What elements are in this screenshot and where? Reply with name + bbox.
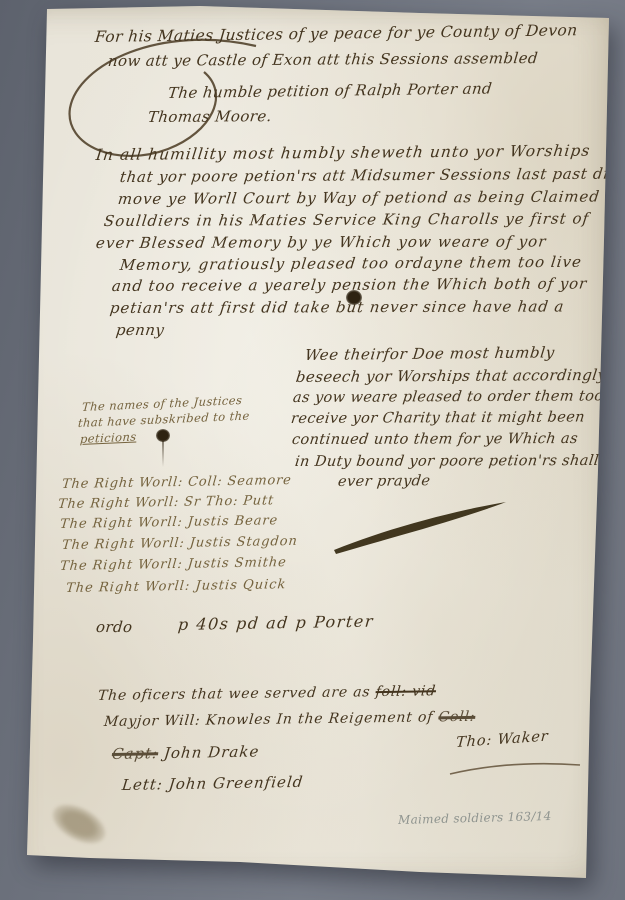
regiment-struck: Coll: (438, 709, 476, 726)
order-label: ordo (95, 618, 133, 636)
plea-line: receive yor Charity that it might been (290, 409, 586, 427)
ink-blot (156, 429, 170, 442)
justice-entry: The Right Worll: Justis Smithe (59, 555, 287, 574)
ink-flourish-slash-icon (328, 494, 513, 556)
plea-line: as yow weare pleased to order them too (292, 388, 604, 406)
officers-intro: The oficers that wee served are as foll:… (97, 683, 436, 704)
plea-line: Wee theirfor Doe most humbly (304, 343, 556, 364)
petition-title-line: The humble petition of Ralph Porter and (167, 79, 493, 102)
plea-line: continued unto them for ye Which as (291, 431, 579, 448)
ink-smudge (46, 796, 112, 851)
body-line: Memory, gratiously pleased too ordayne t… (119, 253, 583, 274)
regiment-line: Mayjor Will: Knowles In the Reigement of… (103, 709, 476, 730)
order-line: p 40s pd ad p Porter (177, 612, 375, 634)
margin-note-line: peticions (80, 430, 137, 446)
body-line: In all humillity most humbly sheweth unt… (95, 142, 591, 164)
petition-title-line: Thomas Moore. (147, 107, 273, 126)
lieutenant-name: John Greenfield (162, 773, 304, 793)
body-line: Soulldiers in his Maties Service King Ch… (103, 209, 590, 230)
body-line: that yor poore petion'rs att Midsumer Se… (119, 165, 620, 186)
body-line: penny (115, 321, 165, 339)
regiment-text: Mayjor Will: Knowles In the Reigement of (103, 709, 439, 730)
plea-line: in Duty bound yor poore petion'rs shall (294, 453, 600, 470)
lieutenant-rank: Lett: (121, 775, 164, 794)
clerk-signature: Tho: Waker (455, 729, 549, 751)
plea-line: beseech yor Worships that accordingly (295, 366, 607, 386)
plea-line: ever prayde (337, 473, 431, 490)
justice-entry: The Right Worll: Justis Stagdon (61, 534, 298, 553)
lieutenant-line: Lett: John Greenfield (121, 773, 304, 794)
ink-blot (346, 290, 362, 305)
officers-intro-struck: foll: vid (375, 683, 437, 700)
photo-backdrop: For his Maties Justices of ye peace for … (0, 0, 625, 900)
body-line: petian'rs att first did take but never s… (109, 297, 565, 317)
signature-underline-flourish-icon (448, 758, 583, 778)
justice-entry: The Right Worll: Justis Beare (59, 513, 278, 532)
pencil-catalogue-note: Maimed soldiers 163/14 (398, 809, 552, 827)
captain-rank-struck: Capt: (111, 744, 159, 763)
justice-entry: The Right Worll: Sr Tho: Putt (57, 493, 274, 512)
justice-entry: The Right Worll: Justis Quick (65, 577, 287, 596)
justice-entry: The Right Worll: Coll: Seamore (61, 473, 292, 492)
body-line: move ye Worll Court by Way of petiond as… (117, 187, 601, 208)
paper-shadow: For his Maties Justices of ye peace for … (0, 0, 625, 900)
paper-sheet: For his Maties Justices of ye peace for … (0, 0, 625, 900)
captain-line: Capt: John Drake (111, 742, 260, 763)
captain-name: John Drake (157, 742, 260, 762)
officers-intro-text: The oficers that wee served are as (97, 684, 376, 704)
petition-heading-line: now att ye Castle of Exon att this Sessi… (107, 49, 539, 70)
body-line: ever Blessed Memory by ye Which yow wear… (95, 232, 548, 252)
